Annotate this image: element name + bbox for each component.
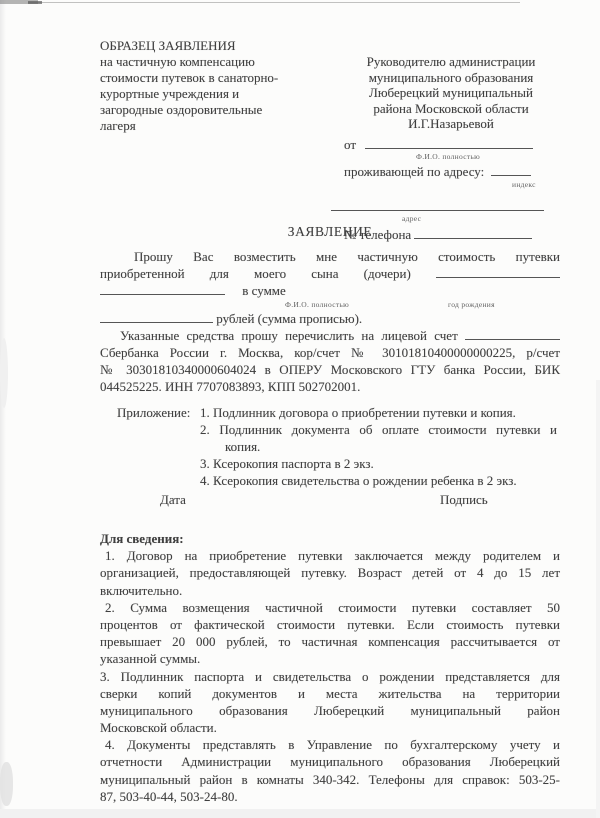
notes-block: Для сведения: 1. Договор на приобретение… bbox=[100, 530, 560, 805]
sample-line: курортные учреждения и bbox=[100, 86, 352, 102]
attachment-item-2-cont: копия. bbox=[117, 438, 557, 455]
attachments-label: Приложение: bbox=[117, 404, 200, 421]
request-line-4-text: рублей (сумма прописью). bbox=[216, 311, 362, 326]
note-2-line: превышает 20 000 рублей, то частичная ко… bbox=[100, 633, 560, 650]
transfer-line-1: Указанные средства прошу перечислить на … bbox=[100, 327, 560, 344]
attachment-item-1-row: Приложение:1. Подлинник договора о приоб… bbox=[117, 404, 557, 421]
request-line-4: рублей (сумма прописью). bbox=[100, 310, 560, 327]
attachment-item-1: 1. Подлинник договора о приобретении пут… bbox=[200, 405, 516, 420]
scan-top-left-mark bbox=[0, 0, 38, 4]
child-name-blank-line bbox=[436, 265, 560, 278]
addressee-block: Руководителю администрации муниципальног… bbox=[344, 54, 558, 243]
request-line-3-text: в сумме bbox=[242, 283, 286, 298]
addressee-line: района Московской области bbox=[344, 101, 558, 117]
scan-bottom-edge-shade bbox=[0, 809, 600, 818]
address-line-row bbox=[344, 198, 558, 215]
fio-caption: Ф.И.О. полностью bbox=[285, 299, 349, 310]
request-line-3: в сумме bbox=[100, 282, 560, 299]
note-3-line: муниципального образования Люберецкий му… bbox=[100, 702, 560, 719]
transfer-line-1-text: Указанные средства прошу перечислить на … bbox=[120, 328, 458, 343]
addressee-line: Люберецкий муниципальный bbox=[344, 85, 558, 101]
account-blank-line bbox=[465, 327, 560, 340]
request-line-2-text: приобретенной для моего сына (дочери) bbox=[100, 266, 411, 281]
index-caption: индекс bbox=[344, 180, 558, 189]
scan-bottom-left-blotch bbox=[0, 762, 13, 806]
fio-blank-line bbox=[365, 136, 533, 149]
scanned-document-page: ОБРАЗЕЦ ЗАЯВЛЕНИЯ на частичную компенсац… bbox=[0, 0, 600, 818]
addressee-line: Руководителю администрации bbox=[344, 54, 558, 70]
note-1-line: включительно. bbox=[100, 582, 560, 599]
child-name-blank-line-2 bbox=[100, 282, 225, 295]
address-blank-line bbox=[331, 198, 544, 211]
note-1-line: 1. Договор на приобретение путевки заклю… bbox=[100, 547, 560, 564]
sample-application-header: ОБРАЗЕЦ ЗАЯВЛЕНИЯ на частичную компенсац… bbox=[100, 38, 352, 134]
from-row: от bbox=[344, 136, 558, 153]
address-row: проживающей по адресу: bbox=[344, 163, 558, 180]
note-4-line: отчетности Администрации муниципального … bbox=[100, 753, 560, 770]
note-3-line: 3. Подлинник паспорта и свидетельства о … bbox=[100, 668, 560, 685]
attachments-block: Приложение:1. Подлинник договора о приоб… bbox=[117, 404, 557, 489]
request-captions: Ф.И.О. полностью год рождения bbox=[100, 299, 560, 310]
addressee-line: муниципального образования bbox=[344, 70, 558, 86]
transfer-line-4: 044525225. ИНН 7707083893, КПП 502702001… bbox=[100, 378, 560, 395]
attachment-item-2: 2. Подлинник документа об оплате стоимос… bbox=[117, 421, 557, 438]
note-3-line: сверки копий документов и места жительст… bbox=[100, 685, 560, 702]
request-line-2: приобретенной для моего сына (дочери) bbox=[100, 265, 560, 282]
note-4-line: 4. Документы представлять в Управление п… bbox=[100, 736, 560, 753]
sample-line: на частичную компенсацию bbox=[100, 54, 352, 70]
sample-title: ОБРАЗЕЦ ЗАЯВЛЕНИЯ bbox=[100, 38, 352, 54]
sample-line: загородные оздоровительные bbox=[100, 102, 352, 118]
note-4-line: 87, 503-40-44, 503-24-80. bbox=[100, 788, 560, 805]
scan-right-edge-shade bbox=[596, 380, 600, 818]
request-body: Прошу Вас возместить мне частичную стоим… bbox=[100, 248, 560, 395]
fio-caption: Ф.И.О. полностью bbox=[344, 152, 558, 161]
address-caption: адрес bbox=[344, 214, 558, 223]
residing-label: проживающей по адресу: bbox=[344, 164, 484, 179]
note-4-line: муниципальный район в комнаты 340-342. Т… bbox=[100, 771, 560, 788]
scan-left-smudge bbox=[0, 338, 8, 408]
transfer-line-2: Сбербанка России г. Москва, кор/счет № 3… bbox=[100, 344, 560, 361]
scan-top-tick bbox=[28, 1, 42, 4]
note-2-line: 2. Сумма возмещения частичной стоимости … bbox=[100, 599, 560, 616]
note-1-line: организацией, предоставляющей путевку. В… bbox=[100, 564, 560, 581]
note-2-line: указанной суммы. bbox=[100, 650, 560, 667]
sample-line: лагеря bbox=[100, 118, 352, 134]
notes-heading: Для сведения: bbox=[100, 530, 560, 547]
note-3-line: Московской области. bbox=[100, 719, 560, 736]
scan-left-edge-shade bbox=[0, 0, 6, 818]
birth-year-caption: год рождения bbox=[448, 299, 495, 310]
signature-row: Дата Подпись bbox=[0, 492, 600, 509]
from-label: от bbox=[344, 137, 356, 152]
addressee-name: И.Г.Назарьевой bbox=[344, 116, 558, 132]
attachment-item-4: 4. Ксерокопия свидетельства о рождении р… bbox=[117, 472, 557, 489]
request-line-1: Прошу Вас возместить мне частичную стоим… bbox=[100, 248, 560, 265]
transfer-line-3: № 30301810340000604024 в ОПЕРУ Московско… bbox=[100, 361, 560, 378]
index-blank-line bbox=[491, 163, 531, 176]
amount-blank-line bbox=[100, 310, 213, 323]
attachment-item-3: 3. Ксерокопия паспорта в 2 экз. bbox=[117, 455, 557, 472]
signature-label: Подпись bbox=[440, 492, 488, 508]
note-2-line: процентов от фактической стоимости путев… bbox=[100, 616, 560, 633]
sample-line: стоимости путевок в санаторно- bbox=[100, 70, 352, 86]
scan-top-edge-line bbox=[28, 2, 520, 3]
date-label: Дата bbox=[160, 492, 186, 508]
document-title: ЗАЯВЛЕНИЕ bbox=[100, 224, 560, 240]
